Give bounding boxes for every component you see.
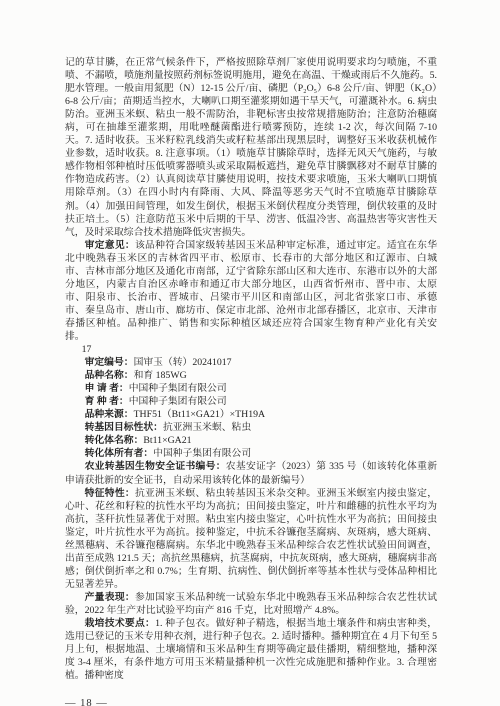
field-cultivation-techniques: 栽培技术要点：1. 种子包衣。做好种子精选，根据当地土壤条件和病虫害种类，选用已… <box>65 617 437 682</box>
field-label: 产量表现： <box>85 592 135 603</box>
item-number-17: 17 <box>65 343 437 356</box>
field-label: 审定编号： <box>85 357 134 368</box>
field-approval-number: 审定编号：国审玉（转）20241017 <box>65 356 437 369</box>
field-gm-target-trait: 转基因目标性状：抗亚洲玉米螟、粘虫 <box>65 421 437 434</box>
paragraph-examination-opinion: 审定意见：该品种符合国家级转基因玉米品种审定标准，通过审定。适宜在东华北中晚熟春… <box>65 239 437 343</box>
field-label: 农业转基因生物安全证书编号： <box>85 461 226 472</box>
paragraph-text: 记的草甘膦，在正常气候条件下，严格按照除草剂厂家使用说明要求均匀喷施，不重喷、不… <box>65 57 437 238</box>
field-label: 转化体名称： <box>85 435 144 446</box>
field-value: Bt11×GA21 <box>143 435 191 446</box>
field-value: 抗亚洲玉米螟、粘虫 <box>163 422 251 433</box>
field-value: 国审玉（转）20241017 <box>134 357 232 368</box>
field-label: 转基因目标性状： <box>85 422 163 433</box>
field-variety-origin: 品种来源：THF51（Bt11×GA21）×TH19A <box>65 408 437 421</box>
field-biosafety-certificate-number: 农业转基因生物安全证书编号：农基安证字（2023）第 335 号（如该转化体重新… <box>65 460 437 486</box>
field-transformation-event-name: 转化体名称：Bt11×GA21 <box>65 434 437 447</box>
document-body: 记的草甘膦，在正常气候条件下，严格按照除草剂厂家使用说明要求均匀喷施，不重喷、不… <box>65 56 437 682</box>
item-number-text: 17 <box>82 344 92 355</box>
field-variety-name: 品种名称：和育 185WG <box>65 369 437 382</box>
field-label: 品种来源： <box>85 409 134 420</box>
field-label: 育 种 者： <box>85 396 129 407</box>
field-value: THF51（Bt11×GA21）×TH19A <box>134 409 266 420</box>
field-breeder: 育 种 者：中国种子集团有限公司 <box>65 395 437 408</box>
field-label: 申 请 者： <box>85 383 129 394</box>
paragraph-cultivation-continued: 记的草甘膦，在正常气候条件下，严格按照除草剂厂家使用说明要求均匀喷施，不重喷、不… <box>65 56 437 239</box>
field-characteristics: 特征特性：抗亚洲玉米螟、粘虫转基因玉米杂交种。亚洲玉米螟室内接虫鉴定，心叶、花丝… <box>65 487 437 591</box>
field-value: 中国种子集团有限公司 <box>153 448 251 459</box>
field-value: 和育 185WG <box>134 370 187 381</box>
page-number: — 18 — <box>65 698 437 706</box>
field-value: 抗亚洲玉米螟、粘虫转基因玉米杂交种。亚洲玉米螟室内接虫鉴定，心叶、花丝和籽粒的抗… <box>65 488 437 590</box>
field-label: 转化体所有者： <box>85 448 154 459</box>
field-value: 中国种子集团有限公司 <box>129 383 227 394</box>
field-yield-performance: 产量表现：参加国家玉米品种统一试验东华北中晚熟春玉米品种综合农艺性状试验，202… <box>65 591 437 617</box>
field-label: 栽培技术要点： <box>85 618 156 629</box>
field-applicant: 申 请 者：中国种子集团有限公司 <box>65 382 437 395</box>
field-label: 特征特性： <box>85 488 135 499</box>
field-label: 审定意见： <box>85 240 135 251</box>
field-value: 中国种子集团有限公司 <box>129 396 227 407</box>
field-transformation-event-owner: 转化体所有者：中国种子集团有限公司 <box>65 447 437 460</box>
paragraph-text: 该品种符合国家级转基因玉米品种审定标准，通过审定。适宜在东华北中晚熟春玉米区的吉… <box>65 240 437 342</box>
document-page: 记的草甘膦，在正常气候条件下，严格按照除草剂厂家使用说明要求均匀喷施，不重喷、不… <box>0 0 500 706</box>
field-label: 品种名称： <box>85 370 134 381</box>
